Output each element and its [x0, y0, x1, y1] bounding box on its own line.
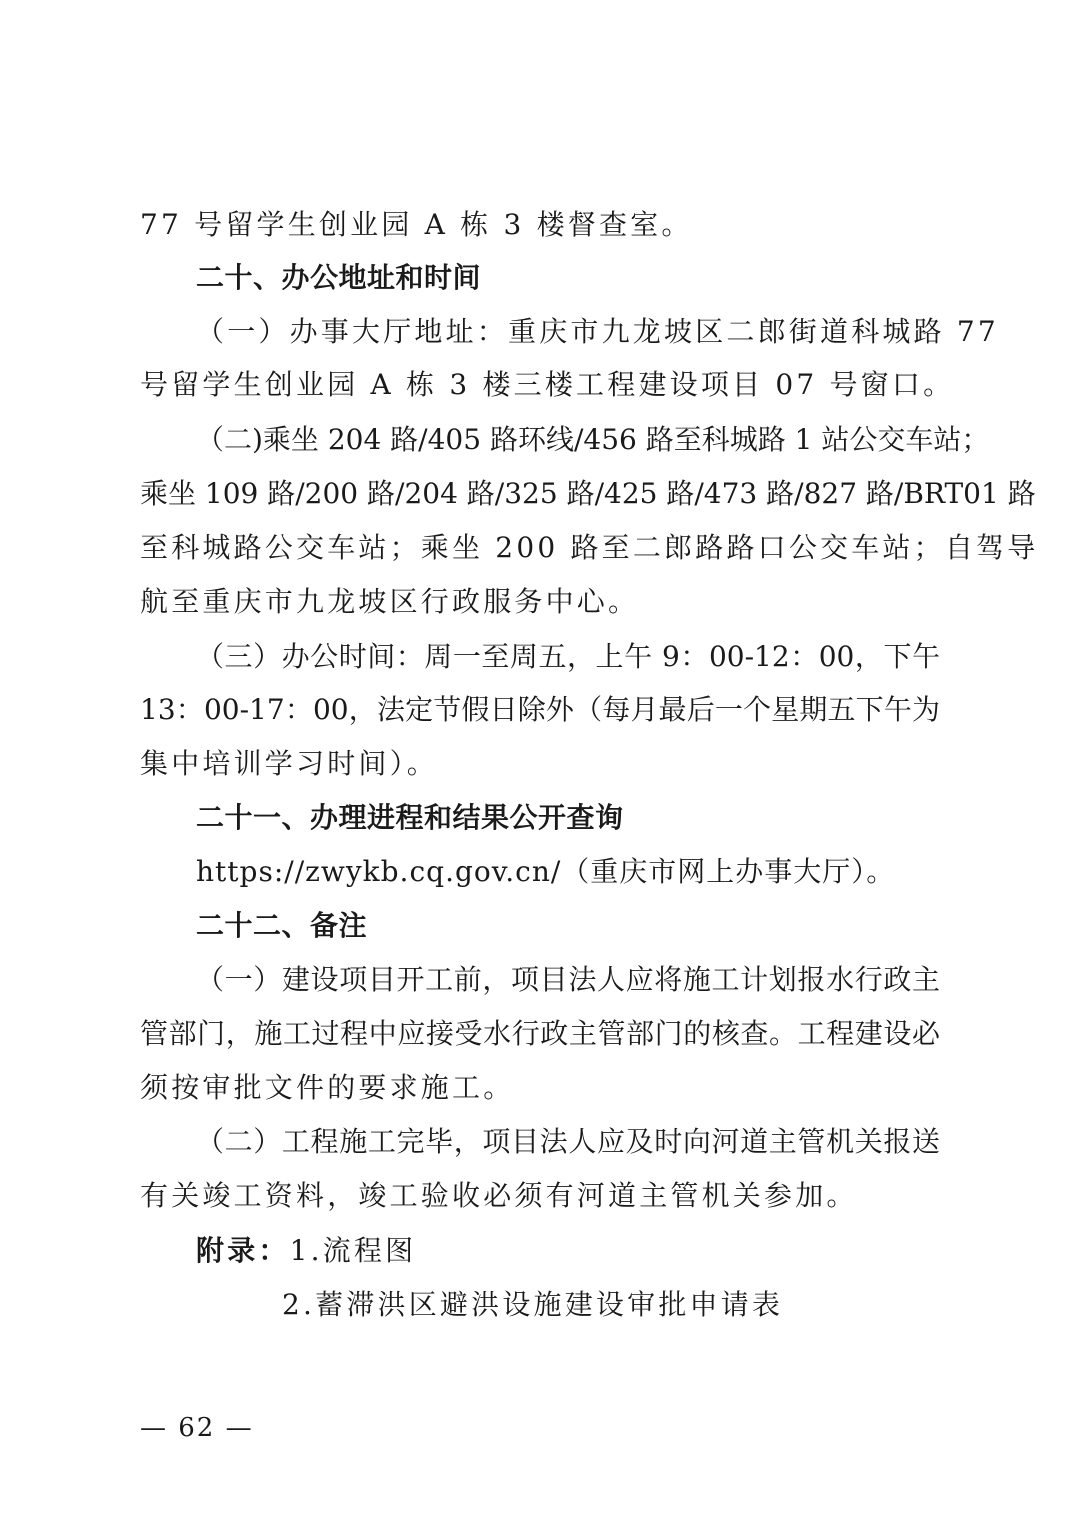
- body-text-line: 航至重庆市九龙坡区行政服务中心。: [140, 582, 940, 622]
- body-text-line: （三）办公时间：周一至周五，上午 9：00-12：00，下午: [196, 637, 940, 677]
- body-text-line: 集中培训学习时间）。: [140, 744, 940, 784]
- page-number: — 62 —: [140, 1410, 254, 1446]
- appendix-item-1: 1.流程图: [290, 1234, 417, 1267]
- appendix-label: 附录：: [196, 1234, 290, 1267]
- appendix-line: 附录：1.流程图: [196, 1231, 996, 1271]
- body-text-line: 乘坐 109 路/200 路/204 路/325 路/425 路/473 路/8…: [140, 474, 940, 514]
- body-text-line: 至科城路公交车站；乘坐 200 路至二郎路路口公交车站；自驾导: [140, 528, 940, 568]
- body-text-line: （二)乘坐 204 路/405 路环线/456 路至科城路 1 站公交车站；: [196, 420, 940, 460]
- body-text-line: 有关竣工资料，竣工验收必须有河道主管机关参加。: [140, 1176, 940, 1216]
- section-heading-20: 二十、办公地址和时间: [196, 258, 996, 298]
- body-text-line: 须按审批文件的要求施工。: [140, 1068, 940, 1108]
- body-text-line: （一）办事大厅地址：重庆市九龙坡区二郎街道科城路 77: [196, 312, 940, 352]
- body-text-line: 13：00-17：00，法定节假日除外（每月最后一个星期五下午为: [140, 690, 940, 730]
- body-text-line: （二）工程施工完毕，项目法人应及时向河道主管机关报送: [196, 1122, 940, 1162]
- body-text-line: 管部门，施工过程中应接受水行政主管部门的核查。工程建设必: [140, 1014, 940, 1054]
- query-url-text: https://zwykb.cq.gov.cn/（重庆市网上办事大厅）。: [196, 852, 996, 892]
- body-text-line: 号留学生创业园 A 栋 3 楼三楼工程建设项目 07 号窗口。: [140, 365, 940, 405]
- appendix-item-2: 2.蓄滞洪区避洪设施建设审批申请表: [282, 1285, 1074, 1325]
- section-heading-22: 二十二、备注: [196, 906, 996, 946]
- body-text-line: （一）建设项目开工前，项目法人应将施工计划报水行政主: [196, 960, 940, 1000]
- section-heading-21: 二十一、办理进程和结果公开查询: [196, 798, 996, 838]
- body-text-line: 77 号留学生创业园 A 栋 3 楼督查室。: [140, 205, 940, 245]
